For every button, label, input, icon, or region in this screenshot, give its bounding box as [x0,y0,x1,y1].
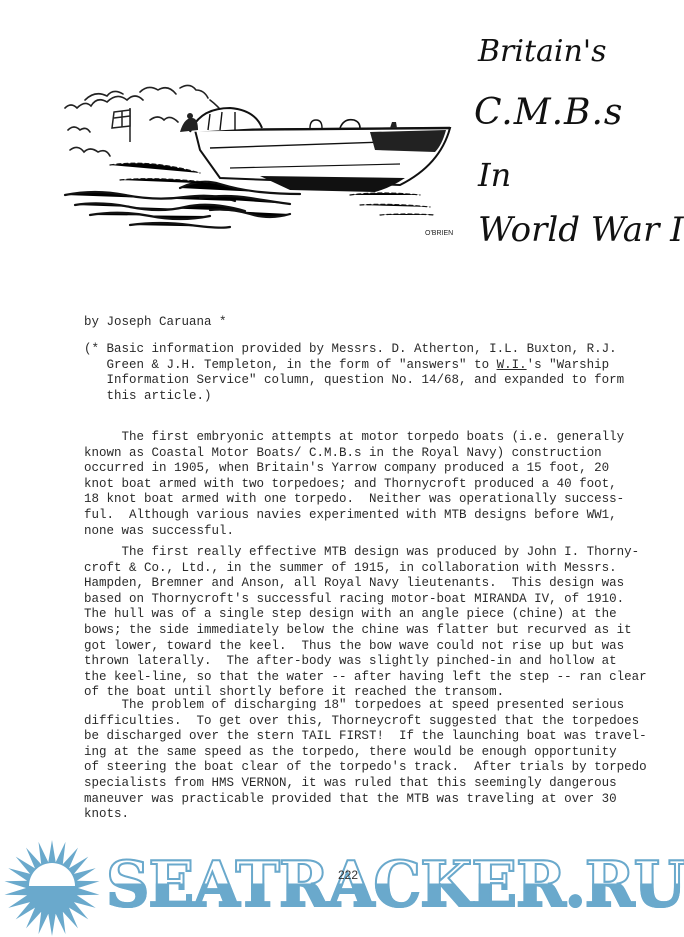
footnote-line-2a: Green & J.H. Templeton, in the form of "… [84,358,497,372]
sun-over-sea-icon [0,838,110,937]
title-line-2: C.M.B.s [474,92,623,133]
title-line-4: World War I [478,210,684,250]
footnote-line-1: (* Basic information provided by Messrs.… [84,342,617,356]
footnote-line-4: this article.) [84,389,212,403]
byline: by Joseph Caruana * [84,315,227,329]
title-line-3: In [478,156,511,194]
illustration-signature: O'BRIEN [425,230,453,237]
body-paragraph-1: The first embryonic attempts at motor to… [84,430,624,539]
watermark-logo-text: SEATRACKER.RU [106,848,684,922]
footnote-line-3: Information Service" column, question No… [84,373,624,387]
page-number: 222 [338,868,358,882]
title-line-1: Britain's [478,34,606,69]
footnote-line-2b: 's "Warship [527,358,610,372]
body-paragraph-2: The first really effective MTB design wa… [84,545,647,701]
body-paragraph-3: The problem of discharging 18" torpedoes… [84,698,647,823]
attribution-footnote: (* Basic information provided by Messrs.… [84,342,624,404]
boat-illustration: O'BRIEN [30,70,470,240]
warship-international-reference: W.I. [497,358,527,372]
